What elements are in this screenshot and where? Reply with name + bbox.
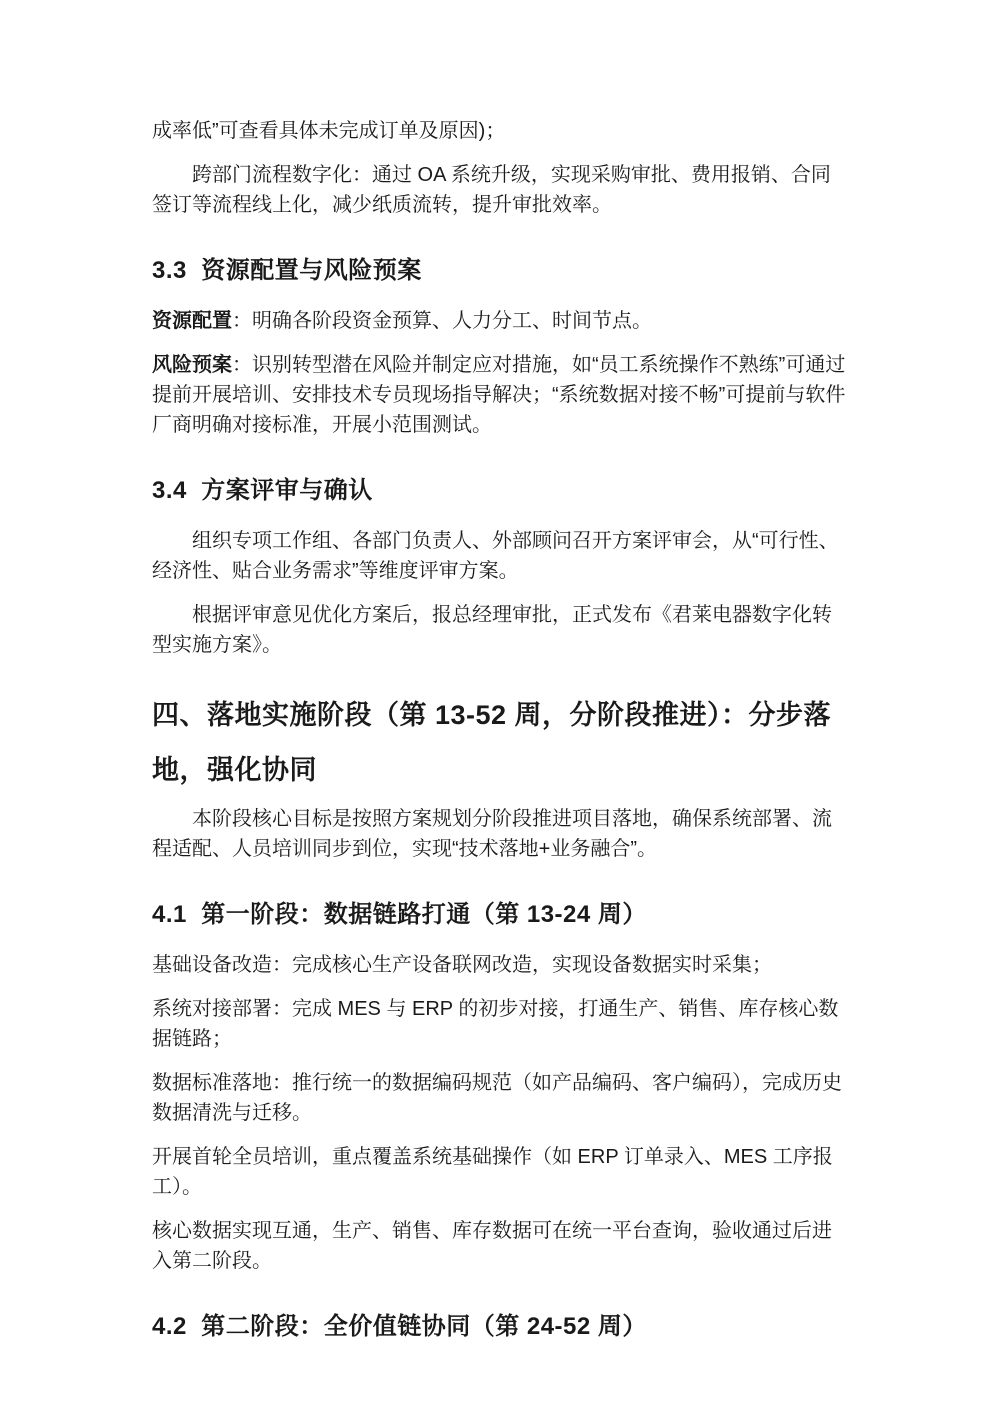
text-run: ：明确各阶段资金预算、人力分工、时间节点。 bbox=[232, 310, 652, 332]
text-run: 数据标准落地：推行统一的数据编码规范（如产品编码、客户编码），完成历史数据清洗与… bbox=[152, 1072, 842, 1124]
paragraph: 系统对接部署：完成 MES 与 ERP 的初步对接，打通生产、销售、库存核心数据… bbox=[152, 994, 850, 1054]
section-heading-4-2: 4.2 第二阶段：全价值链协同（第 24-52 周） bbox=[152, 1310, 850, 1344]
text-run: 开展首轮全员培训，重点覆盖系统基础操作（如 ERP 订单录入、MES 工序报工）… bbox=[152, 1146, 833, 1198]
paragraph: 基础设备改造：完成核心生产设备联网改造，实现设备数据实时采集； bbox=[152, 950, 850, 980]
paragraph: 跨部门流程数字化：通过 OA 系统升级，实现采购审批、费用报销、合同签订等流程线… bbox=[152, 160, 850, 220]
document-body: 成率低”可查看具体未完成订单及原因)；跨部门流程数字化：通过 OA 系统升级，实… bbox=[152, 116, 850, 1344]
text-run: 3.4 方案评审与确认 bbox=[152, 477, 373, 504]
paragraph-continued: 成率低”可查看具体未完成订单及原因)； bbox=[152, 116, 850, 146]
paragraph: 核心数据实现互通，生产、销售、库存数据可在统一平台查询，验收通过后进入第二阶段。 bbox=[152, 1216, 850, 1276]
section-heading-4-1: 4.1 第一阶段：数据链路打通（第 13-24 周） bbox=[152, 898, 850, 932]
text-run: 4.1 第一阶段：数据链路打通（第 13-24 周） bbox=[152, 901, 647, 928]
text-run: 资源配置 bbox=[152, 310, 232, 332]
text-run: 4.2 第二阶段：全价值链协同（第 24-52 周） bbox=[152, 1313, 647, 1340]
text-run: 成率低”可查看具体未完成订单及原因)； bbox=[152, 120, 505, 142]
section-heading-3-3: 3.3 资源配置与风险预案 bbox=[152, 254, 850, 288]
text-run: 系统对接部署：完成 MES 与 ERP 的初步对接，打通生产、销售、库存核心数据… bbox=[152, 998, 838, 1050]
text-run: 3.3 资源配置与风险预案 bbox=[152, 257, 422, 284]
section-heading-3-4: 3.4 方案评审与确认 bbox=[152, 474, 850, 508]
paragraph: 组织专项工作组、各部门负责人、外部顾问召开方案评审会，从“可行性、经济性、贴合业… bbox=[152, 526, 850, 586]
paragraph: 本阶段核心目标是按照方案规划分阶段推进项目落地，确保系统部署、流程适配、人员培训… bbox=[152, 804, 850, 864]
document-page: 成率低”可查看具体未完成订单及原因)；跨部门流程数字化：通过 OA 系统升级，实… bbox=[0, 0, 1000, 1414]
text-run: 风险预案 bbox=[152, 354, 232, 376]
paragraph: 资源配置：明确各阶段资金预算、人力分工、时间节点。 bbox=[152, 306, 850, 336]
text-run: 基础设备改造：完成核心生产设备联网改造，实现设备数据实时采集； bbox=[152, 954, 772, 976]
text-run: ：识别转型潜在风险并制定应对措施，如“员工系统操作不熟练”可通过提前开展培训、安… bbox=[152, 354, 845, 436]
paragraph: 根据评审意见优化方案后，报总经理审批，正式发布《君莱电器数字化转型实施方案》。 bbox=[152, 600, 850, 660]
chapter-heading-4: 四、落地实施阶段（第 13-52 周，分阶段推进）：分步落地，强化协同 bbox=[152, 688, 850, 798]
text-run: 本阶段核心目标是按照方案规划分阶段推进项目落地，确保系统部署、流程适配、人员培训… bbox=[152, 808, 832, 860]
text-run: 根据评审意见优化方案后，报总经理审批，正式发布《君莱电器数字化转型实施方案》。 bbox=[152, 604, 832, 656]
paragraph: 数据标准落地：推行统一的数据编码规范（如产品编码、客户编码），完成历史数据清洗与… bbox=[152, 1068, 850, 1128]
text-run: 四、落地实施阶段（第 13-52 周，分阶段推进）：分步落地，强化协同 bbox=[152, 700, 831, 785]
text-run: 核心数据实现互通，生产、销售、库存数据可在统一平台查询，验收通过后进入第二阶段。 bbox=[152, 1220, 832, 1272]
paragraph: 开展首轮全员培训，重点覆盖系统基础操作（如 ERP 订单录入、MES 工序报工）… bbox=[152, 1142, 850, 1202]
paragraph: 风险预案：识别转型潜在风险并制定应对措施，如“员工系统操作不熟练”可通过提前开展… bbox=[152, 350, 850, 440]
text-run: 组织专项工作组、各部门负责人、外部顾问召开方案评审会，从“可行性、经济性、贴合业… bbox=[152, 530, 839, 582]
text-run: 跨部门流程数字化：通过 OA 系统升级，实现采购审批、费用报销、合同签订等流程线… bbox=[152, 164, 831, 216]
